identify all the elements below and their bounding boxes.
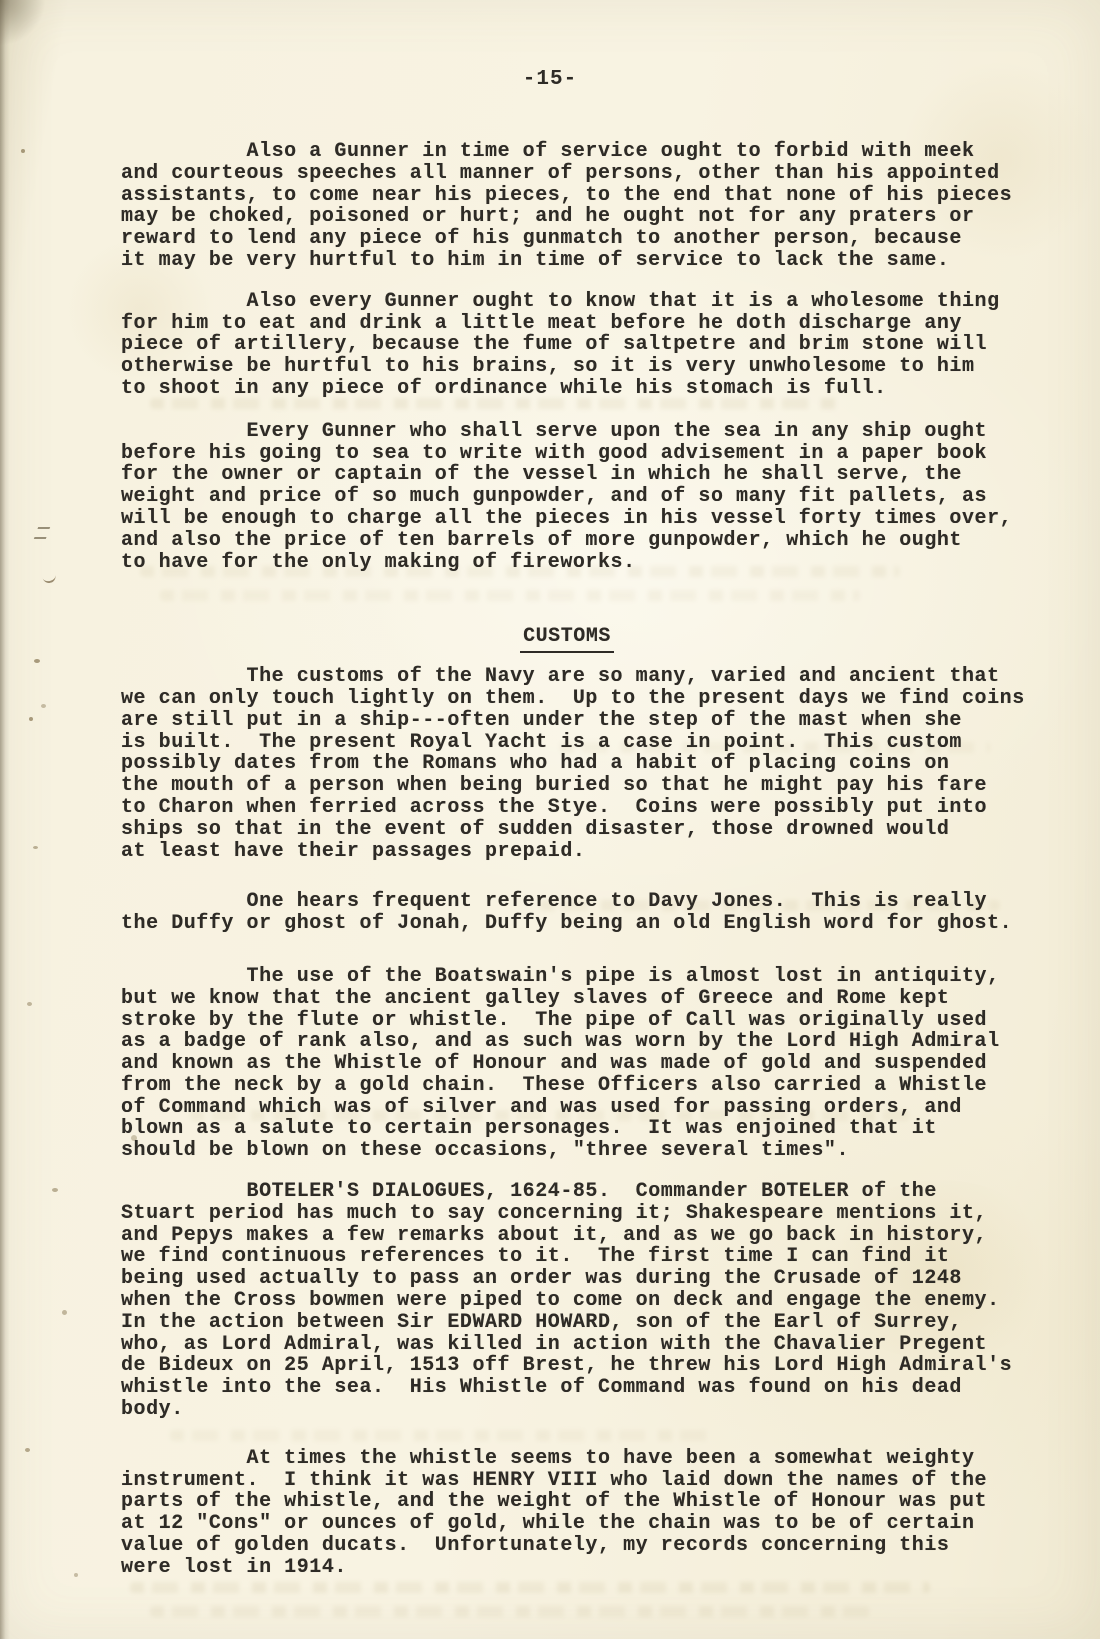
foxing-speck [52,1188,58,1192]
paragraph-gunner-forbid-persons: Also a Gunner in time of service ought t… [121,141,1081,272]
paragraph-navy-customs-coins: The customs of the Navy are so many, var… [121,666,1081,862]
section-heading-row: CUSTOMS [121,626,1013,653]
paragraph-davy-jones: One hears frequent reference to Davy Jon… [121,891,1081,935]
paragraph-gunner-eat-before-firing: Also every Gunner ought to know that it … [121,291,1081,400]
page-number: -15- [0,68,1100,91]
paragraph-whistle-weight: At times the whistle seems to have been … [121,1448,1081,1579]
foxing-speck [21,149,25,153]
foxing-speck [25,1448,30,1452]
foxing-speck [27,1002,32,1006]
document-body: Also a Gunner in time of service ought t… [121,141,1081,1579]
foxing-speck [33,846,38,849]
bleed-through-smudge [130,1582,930,1593]
paragraph-boatswains-pipe: The use of the Boatswain's pipe is almos… [121,966,1081,1162]
section-heading-customs: CUSTOMS [520,626,614,653]
paragraph-gunner-paper-book: Every Gunner who shall serve upon the se… [121,421,1081,574]
foxing-speck [62,1310,67,1315]
foxing-speck [29,717,33,721]
pencil-mark [42,574,56,585]
foxing-speck [74,1573,78,1577]
scan-left-edge-shadow [0,0,10,1639]
foxing-speck [41,704,46,708]
scanned-typewritten-page: -15- Also a Gunner in time of service ou… [0,0,1100,1639]
paragraph-botelers-dialogues: BOTELER'S DIALOGUES, 1624-85. Commander … [121,1181,1081,1421]
bleed-through-smudge [150,1606,870,1617]
pencil-mark [34,527,50,539]
scan-corner-shadow [0,0,46,46]
foxing-speck [34,659,40,663]
